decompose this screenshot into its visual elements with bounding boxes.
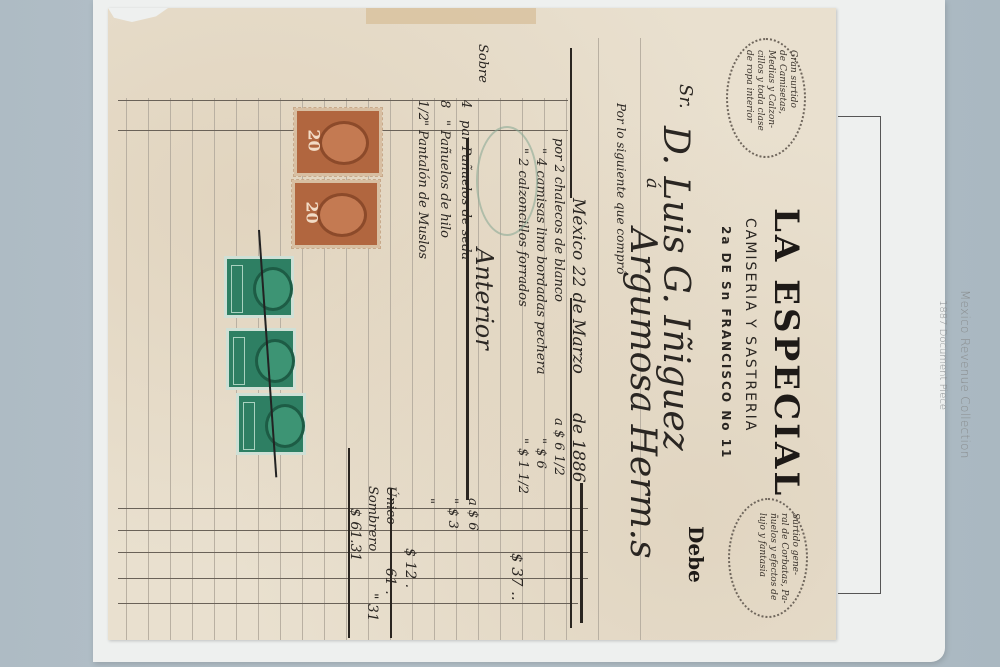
section-item-2-price: " $ 3 [445,498,460,529]
invoice-date: México 22 de Marzo [568,198,588,374]
debit-label: Debe [684,526,708,583]
ruling-line [566,98,567,640]
business-address: 2a DE Sn FRANCISCO No 11 [719,226,733,459]
business-name: LA ESPECIAL [766,208,806,498]
ruling-line [598,38,599,640]
section-item-1-description: par Pañuelos de seda [458,120,473,260]
subtotal-amount: $ 37 .. [508,553,526,601]
section-divider [570,48,572,198]
stamp-side-label [243,402,255,450]
paper-tear [108,8,168,22]
portrait-oval [253,267,293,311]
total-column-rule [580,483,583,623]
ruling-line [126,98,127,640]
stamp-side-label [231,265,243,313]
subtotal-label: Anterior [470,248,498,350]
portrait-oval [319,121,369,165]
invoice-document: Gran surtido de Camisetas, Medias y Calz… [108,8,836,640]
ruling-line [170,98,171,640]
caption-title: Mexico Revenue Collection [958,290,972,459]
section-item-1-price: a $ 6 [465,498,480,531]
preposition: á [642,178,663,189]
section-item-3-price: " [421,498,436,504]
section-item-3-description: " Pantalón de Muslos [415,120,430,259]
grand-total: $ 61.31 [347,508,363,561]
ruling-line [456,98,457,640]
total-2-amount: " 31 [364,593,380,622]
line-item-1-price: a $ 6 1/2 [551,418,566,476]
ledger-line [118,100,568,101]
right-cartouche-text: Surtido gene- ral de Corbatas, Pa- ñuelo… [756,513,800,603]
business-type: CAMISERIA Y SASTRERIA [742,218,758,432]
line-item-2-price: " $ 6 [533,438,548,469]
section-heading: Sobre [475,44,490,83]
section-item-1-qty: 4 [458,100,473,108]
line-item-3-price: " $ 1 1/2 [515,438,530,494]
section-item-2-description: " Pañuelos de hilo [437,120,452,238]
line-item-1-description: por 2 chalecos de blanco [551,138,566,302]
section-item-1-amount: $ 12 . [402,548,418,588]
section-item-3-qty: 1/2 [415,100,430,121]
total-2-label: Sombrero [365,486,380,551]
ruling-line [434,98,435,640]
red-revenue-stamp-1: 20 [294,108,382,176]
album-caption: Mexico Revenue Collection 1887 Document … [913,290,953,490]
portrait-oval [317,193,367,237]
salutation-prefix: Sr. [675,84,696,109]
caption-subtitle: 1887 Document Piece [937,300,948,410]
red-revenue-stamp-2: 20 [292,180,380,248]
green-revenue-stamp-20c [224,256,294,318]
invoice-year: de 1886 [568,413,588,483]
section-item-2-qty: 8 [437,100,452,108]
left-cartouche-text: Gran surtido de Camisetas, Medias y Calz… [743,50,798,131]
green-revenue-stamp-5c [226,328,296,390]
intro-line: Por lo siguiente que compró [614,103,628,274]
stamp-side-label [233,337,245,385]
portrait-oval [255,339,295,383]
ruling-line [192,98,193,640]
merchant-name: Argumosa Herm.s [622,228,663,559]
ruling-line [148,98,149,640]
postmark-cancel [476,126,538,236]
total-1-amount: 61 . [382,568,398,595]
paper-stain [366,8,536,24]
album-mount-frame [838,116,881,594]
total-1-label: Único [383,486,398,525]
ruling-line [214,98,215,640]
